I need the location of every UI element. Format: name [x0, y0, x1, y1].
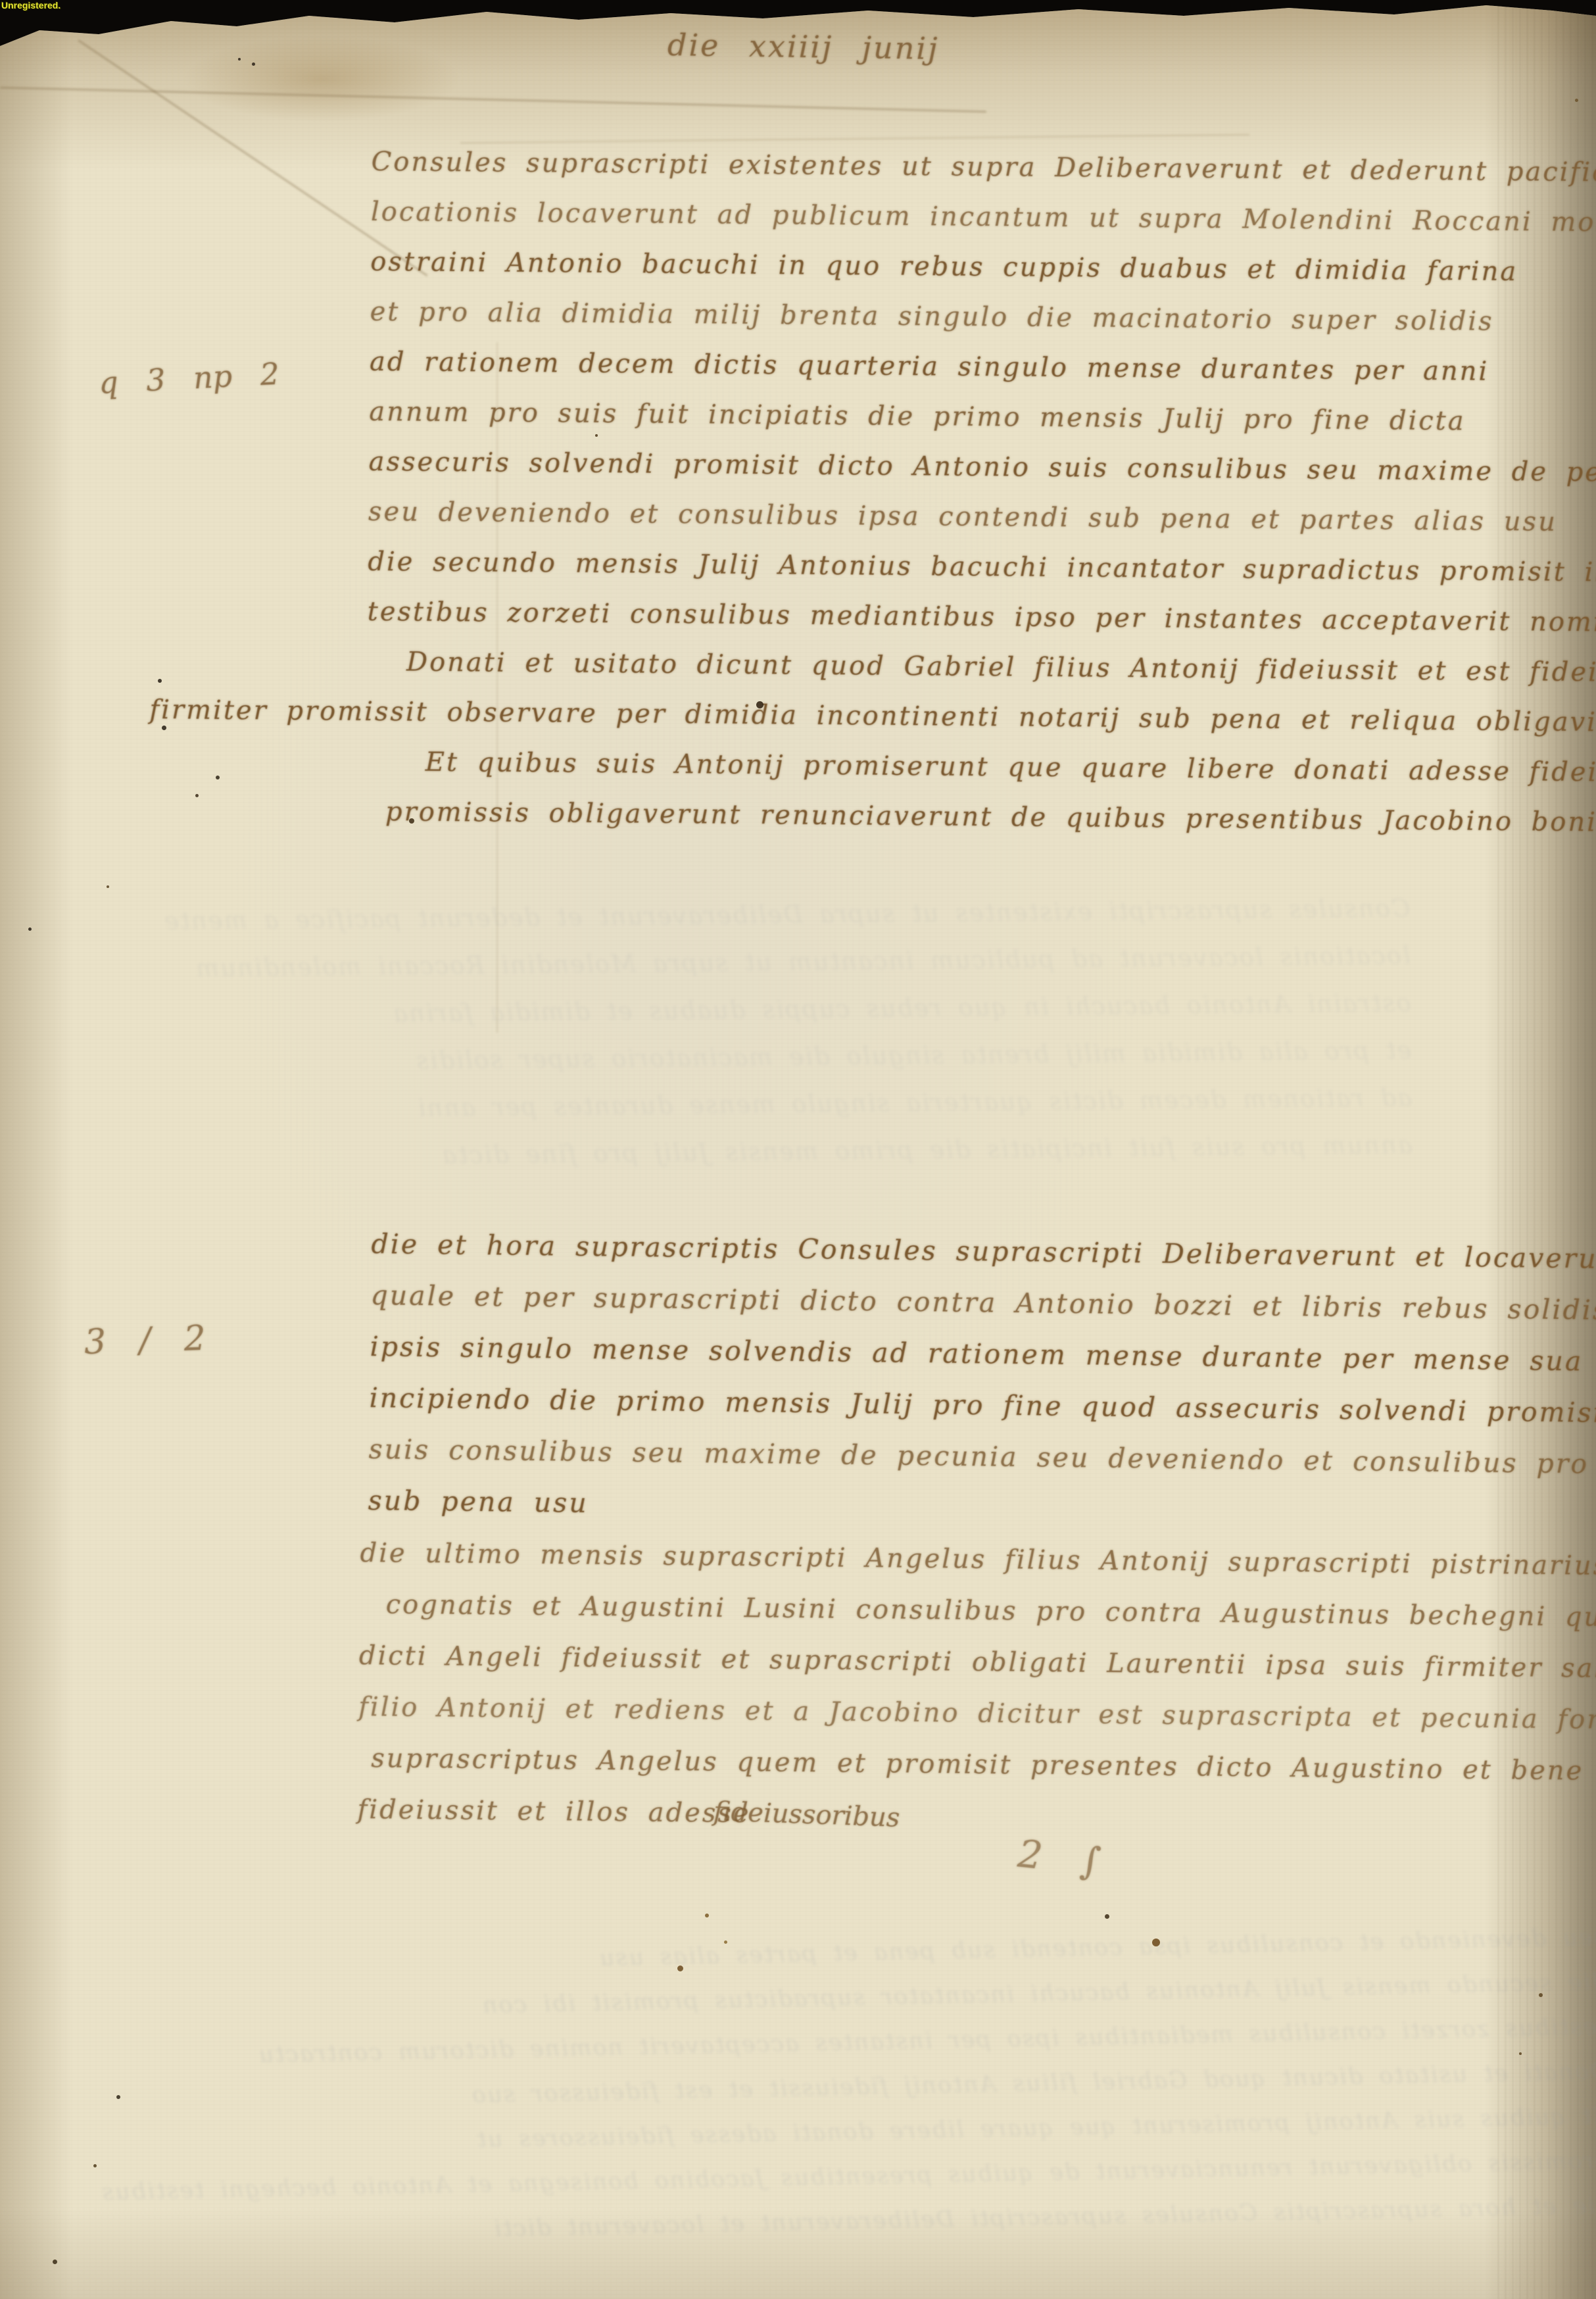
entry-1-text-block: Consules suprascripti existentes ut supr… [366, 137, 1596, 853]
verso-show-through-bottom: seu deveniendo et consulibus ipsa conten… [95, 1915, 1596, 2260]
ink-speck [724, 1941, 727, 1944]
ink-speck [1539, 1993, 1543, 1997]
ink-speck [756, 701, 763, 708]
manuscript-scan: Consules suprascripti existentes ut supr… [0, 0, 1596, 2299]
scanner-unregistered-watermark: Unregistered. [1, 0, 60, 11]
verso-show-through-mid: Consules suprascripti existentes ut supr… [163, 885, 1413, 1182]
ink-speck [162, 726, 166, 730]
ink-speck [252, 62, 255, 66]
ink-speck [409, 818, 414, 824]
ink-speck [1152, 1939, 1160, 1946]
ink-speck [28, 927, 32, 931]
ink-speck [195, 794, 199, 797]
ink-speck [1105, 1914, 1109, 1919]
ink-speck [705, 1914, 709, 1917]
entry-3-closing-mark: 2 ∫ [1016, 1831, 1103, 1885]
ink-speck [1519, 2052, 1522, 2055]
entry-3-hanging-word: fideiussoribus [713, 1796, 900, 1833]
entry-2-text-block: die et hora suprascriptis Consules supra… [368, 1218, 1596, 1543]
margin-note-entry-2: 3 / 2 [84, 1319, 206, 1362]
entry-3-text-block: die ultimo mensis suprascripti Angelus f… [357, 1527, 1596, 1851]
ink-speck [216, 776, 220, 779]
paper-sheet: Consules suprascripti existentes ut supr… [0, 0, 1596, 2299]
ink-speck [93, 2164, 97, 2167]
ink-speck [116, 2095, 120, 2099]
ink-speck [107, 885, 109, 888]
ink-speck [158, 679, 162, 683]
ink-speck [53, 2260, 57, 2264]
ink-speck [595, 434, 598, 437]
ink-speck [238, 58, 241, 61]
ink-speck [677, 1965, 683, 1971]
header-date-line: die xxiiij junij [667, 27, 940, 66]
ink-speck [1575, 99, 1578, 102]
